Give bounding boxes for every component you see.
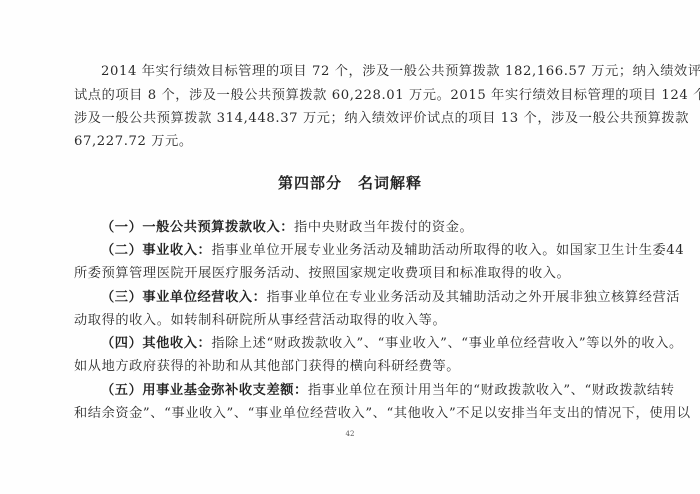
definition-3: （三）事业单位经营收入：指事业单位在专业业务活动及其辅助活动之外开展非独立核算经… <box>101 290 680 306</box>
intro-line-1: 2014 年实行绩效目标管理的项目 72 个，涉及一般公共预算拨款 182,16… <box>101 64 700 80</box>
section-heading: 第四部分名词解释 <box>0 172 700 193</box>
page-number: 42 <box>0 430 700 438</box>
definition-text: 指事业单位在专业业务活动及其辅助活动之外开展非独立核算经营活 <box>266 290 680 305</box>
definition-2-continuation: 所委预算管理医院开展医疗服务活动、按照国家规定收费项目和标准取得的收入。 <box>74 266 570 282</box>
definition-text: 指除上述“财政拨款收入”、“事业收入”、“事业单位经营收入”等以外的收入。 <box>211 336 682 351</box>
definition-5-continuation: 和结余资金”、“事业收入”、“事业单位经营收入”、“其他收入”不足以安排当年支出… <box>74 406 691 422</box>
definition-text: 指事业单位在预计用当年的“财政拨款收入”、“财政拨款结转 <box>308 383 675 398</box>
definition-term: （三）事业单位经营收入： <box>101 290 266 305</box>
intro-line-4: 67,227.72 万元。 <box>74 134 193 150</box>
definition-term: （四）其他收入： <box>101 336 211 351</box>
definition-term: （五）用事业基金弥补收支差额： <box>101 383 308 398</box>
definition-4-continuation: 如从地方政府获得的补助和从其他部门获得的横向科研经费等。 <box>74 359 460 375</box>
section-title: 名词解释 <box>358 174 422 192</box>
document-page: 2014 年实行绩效目标管理的项目 72 个，涉及一般公共预算拨款 182,16… <box>0 0 700 494</box>
definition-text: 指事业单位开展专业业务活动及辅助活动所取得的收入。如国家卫生计生委44 <box>211 243 684 258</box>
definition-3-continuation: 动取得的收入。如转制科研院所从事经营活动取得的收入等。 <box>74 313 446 329</box>
intro-line-3: 涉及一般公共预算拨款 314,448.37 万元；纳入绩效评价试点的项目 13 … <box>74 111 689 127</box>
definition-4: （四）其他收入：指除上述“财政拨款收入”、“事业收入”、“事业单位经营收入”等以… <box>101 336 683 352</box>
definition-term: （一）一般公共预算拨款收入： <box>101 220 294 235</box>
definition-1: （一）一般公共预算拨款收入：指中央财政当年拨付的资金。 <box>101 220 473 236</box>
definition-2: （二）事业收入：指事业单位开展专业业务活动及辅助活动所取得的收入。如国家卫生计生… <box>101 243 684 259</box>
definition-5: （五）用事业基金弥补收支差额：指事业单位在预计用当年的“财政拨款收入”、“财政拨… <box>101 383 675 399</box>
intro-line-2: 试点的项目 8 个，涉及一般公共预算拨款 60,228.01 万元。2015 年… <box>74 88 700 104</box>
section-part: 第四部分 <box>278 174 342 192</box>
definition-term: （二）事业收入： <box>101 243 211 258</box>
definition-text: 指中央财政当年拨付的资金。 <box>294 220 473 235</box>
